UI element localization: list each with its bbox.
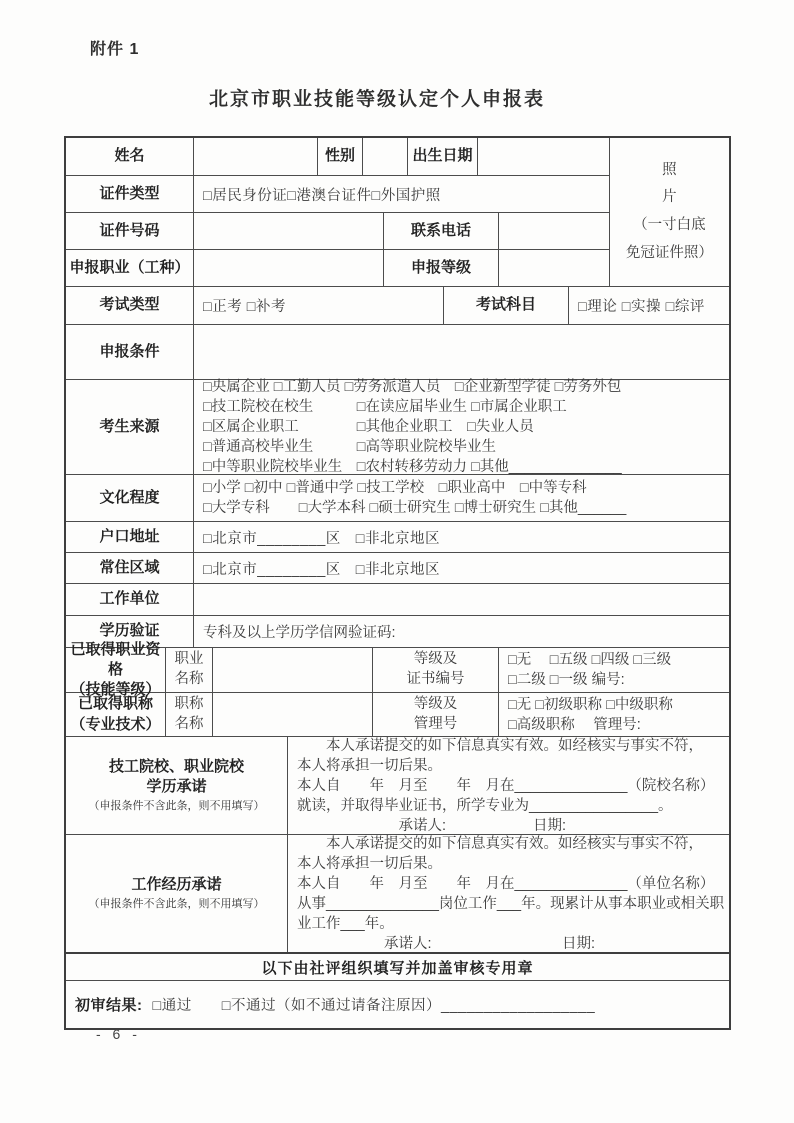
gender-value-cell [363,138,408,175]
employer-label: 工作单位 [66,584,194,615]
row-vocational-cert: 已取得职业资格 （技能等级） 职业 名称 等级及 证书编号 □无 □五级 □四级… [66,647,729,692]
level-value-cell [499,250,609,286]
education-options: □小学 □初中 □普通中学 □技工学校 □职业高中 □中等专科 □大学专科 □大… [194,475,729,521]
gender-label: 性别 [318,138,363,175]
attachment-label: 附件 1 [90,36,139,59]
row-exam-type: 考试类型 □正考 □补考 考试科目 □理论 □实操 □综评 [66,286,729,324]
vocational-name-value-cell [213,648,373,692]
source-options-line: □区属企业职工 □其他企业职工 □失业人员 [203,417,534,437]
row-review-result: 初审结果: □通过 □不通过（如不通过请备注原因）_______________… [66,980,729,1028]
source-options-line: □普通高校毕业生 □高等职业院校毕业生 [203,437,496,457]
title-name-value-cell [213,693,373,736]
source-options-line: □央属企业 □工勤人员 □劳务派遣人员 □企业新型学徒 □劳务外包 [203,377,621,397]
occupation-label: 申报职业（工种） [66,250,194,286]
edu-verify-value: 专科及以上学历学信网验证码: [194,616,729,647]
document-page: 附件 1 北京市职业技能等级认定个人申报表 姓名 性别 出生日期 证件类型 □居… [0,0,794,1123]
title-grade-options: □无 □初级职称 □中级职称 □高级职称 管理号: [499,693,729,736]
review-result-label: 初审结果: [75,994,143,1015]
source-options-line: □技工院校在校生 □在读应届毕业生 □市属企业职工 [203,397,567,417]
title-grade-label: 等级及 管理号 [373,693,499,736]
exam-type-options: □正考 □补考 [194,287,444,324]
exam-subject-options: □理论 □实操 □综评 [569,287,729,324]
photo-line: （一寸白底 [633,212,706,240]
application-form-table: 姓名 性别 出生日期 证件类型 □居民身份证□港澳台证件□外国护照 证件号码 联… [64,136,731,1030]
employer-value-cell [194,584,729,615]
photo-line: 照 [662,157,677,185]
title-name-label: 职称 名称 [166,693,213,736]
row-household: 户口地址 □北京市________区 □非北京地区 [66,521,729,552]
school-pledge-label: 技工院校、职业院校 学历承诺 （申报条件不含此条，则不用填写） [66,737,288,834]
phone-label: 联系电话 [384,213,499,249]
education-options-line: □小学 □初中 □普通中学 □技工学校 □职业高中 □中等专科 [203,478,587,498]
vocational-grade-options: □无 □五级 □四级 □三级 □二级 □一级 编号: [499,648,729,692]
id-type-options: □居民身份证□港澳台证件□外国护照 [194,176,609,212]
conditions-value-cell [194,325,729,379]
row-review-header: 以下由社评组织填写并加盖审核专用章 [66,952,729,980]
page-number: - 6 - [96,1026,141,1042]
id-type-label: 证件类型 [66,176,194,212]
review-result-cell: 初审结果: □通过 □不通过（如不通过请备注原因）_______________… [66,981,729,1028]
row-occupation: 申报职业（工种） 申报等级 [66,249,609,286]
row-work-pledge: 工作经历承诺 （申报条件不含此条，则不用填写） 本人承诺提交的如下信息真实有效。… [66,834,729,952]
source-options-line: □中等职业院校毕业生 □农村转移劳动力 □其他______________ [203,457,622,477]
row-residence: 常住区域 □北京市________区 □非北京地区 [66,552,729,583]
row-employer: 工作单位 [66,583,729,615]
row-edu-verify: 学历验证 专科及以上学历学信网验证码: [66,615,729,647]
id-number-value-cell [194,213,384,249]
name-value-cell [194,138,318,175]
photo-placeholder: 照 片 （一寸白底 免冠证件照） [609,138,729,286]
exam-type-label: 考试类型 [66,287,194,324]
row-source: 考生来源 □央属企业 □工勤人员 □劳务派遣人员 □企业新型学徒 □劳务外包 □… [66,379,729,474]
residence-label: 常住区域 [66,553,194,583]
row-id-number: 证件号码 联系电话 [66,212,609,249]
birth-date-value-cell [478,138,609,175]
household-label: 户口地址 [66,522,194,552]
work-pledge-label: 工作经历承诺 （申报条件不含此条，则不用填写） [66,835,288,952]
title-cert-label: 已取得职称 （专业技术） [66,693,166,736]
photo-line: 免冠证件照） [626,240,713,268]
work-pledge-note: （申报条件不含此条，则不用填写） [89,897,265,912]
photo-line: 片 [662,184,677,212]
row-education: 文化程度 □小学 □初中 □普通中学 □技工学校 □职业高中 □中等专科 □大学… [66,474,729,521]
phone-value-cell [499,213,609,249]
education-label: 文化程度 [66,475,194,521]
name-label: 姓名 [66,138,194,175]
id-number-label: 证件号码 [66,213,194,249]
row-id-type: 证件类型 □居民身份证□港澳台证件□外国护照 [66,175,609,212]
household-options: □北京市________区 □非北京地区 [194,522,729,552]
review-result-options: □通过 □不通过（如不通过请备注原因）__________________ [153,994,596,1015]
review-header-text: 以下由社评组织填写并加盖审核专用章 [66,954,729,980]
vocational-cert-label: 已取得职业资格 （技能等级） [66,648,166,692]
conditions-label: 申报条件 [66,325,194,379]
page-title: 北京市职业技能等级认定个人申报表 [0,84,754,111]
occupation-value-cell [194,250,384,286]
school-pledge-text: 本人承诺提交的如下信息真实有效。如经核实与事实不符， 本人将承担一切后果。 本人… [288,737,729,834]
work-pledge-text: 本人承诺提交的如下信息真实有效。如经核实与事实不符， 本人将承担一切后果。 本人… [288,835,729,952]
row-school-pledge: 技工院校、职业院校 学历承诺 （申报条件不含此条，则不用填写） 本人承诺提交的如… [66,736,729,834]
identity-section: 姓名 性别 出生日期 证件类型 □居民身份证□港澳台证件□外国护照 证件号码 联… [66,138,729,286]
education-options-line: □大学专科 □大学本科 □硕士研究生 □博士研究生 □其他______ [203,498,626,518]
vocational-grade-label: 等级及 证书编号 [373,648,499,692]
vocational-name-label: 职业 名称 [166,648,213,692]
birth-date-label: 出生日期 [408,138,478,175]
source-label: 考生来源 [66,380,194,474]
row-conditions: 申报条件 [66,324,729,379]
school-pledge-note: （申报条件不含此条，则不用填写） [89,799,265,814]
exam-subject-label: 考试科目 [444,287,569,324]
source-options: □央属企业 □工勤人员 □劳务派遣人员 □企业新型学徒 □劳务外包 □技工院校在… [194,380,729,474]
level-label: 申报等级 [384,250,499,286]
residence-options: □北京市________区 □非北京地区 [194,553,729,583]
row-title-cert: 已取得职称 （专业技术） 职称 名称 等级及 管理号 □无 □初级职称 □中级职… [66,692,729,736]
row-name: 姓名 性别 出生日期 [66,138,609,175]
